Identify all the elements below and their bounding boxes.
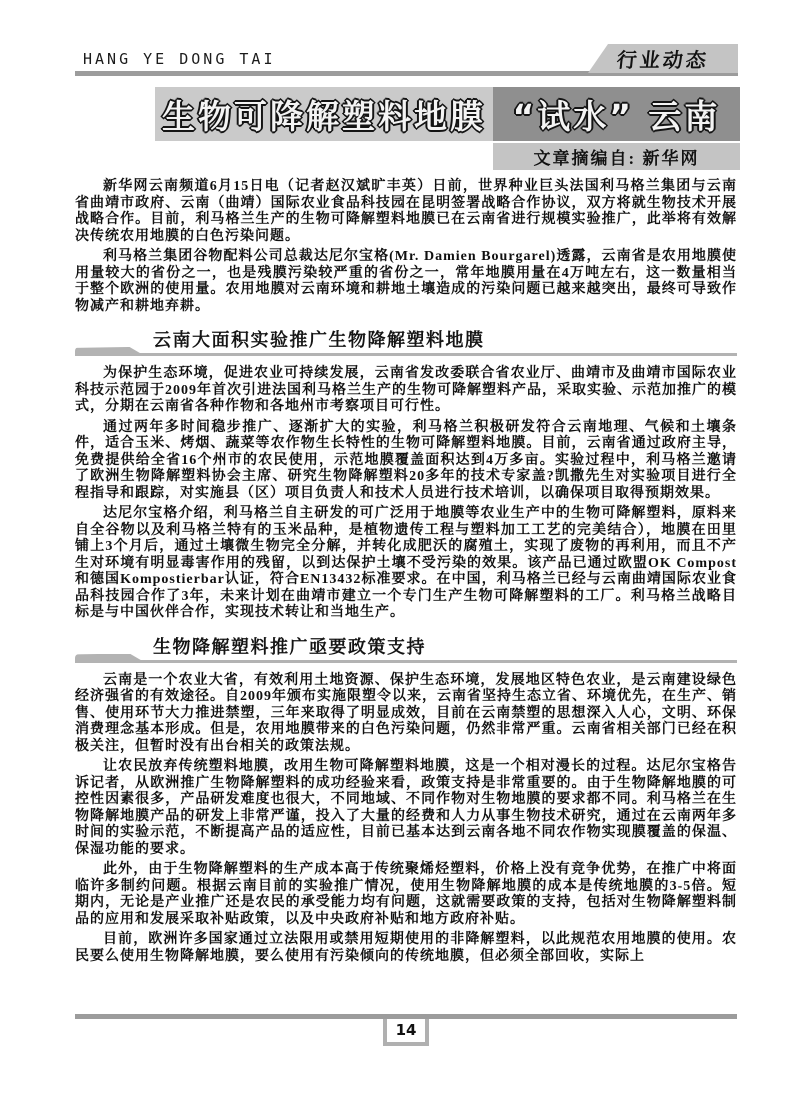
article-body: 新华网云南频道6月15日电（记者赵汉斌旷丰英）日前，世界种业巨头法国利马格兰集团… bbox=[75, 179, 737, 969]
page-number: 14 bbox=[387, 1019, 426, 1042]
section-heading-2: 生物降解塑料推广亟要政策支持 bbox=[75, 635, 737, 663]
masthead: HANG YE DONG TAI 行业动态 bbox=[75, 44, 738, 76]
paragraph: 利马格兰集团谷物配料公司总裁达尼尔宝格(Mr. Damien Bourgarel… bbox=[75, 249, 737, 315]
heading-decor-shape bbox=[75, 654, 145, 663]
page-footer: 14 bbox=[75, 1014, 737, 1046]
section-heading-2-text: 生物降解塑料推广亟要政策支持 bbox=[153, 633, 426, 659]
article-source: 文章摘编自: 新华网 bbox=[493, 143, 740, 170]
article-source-row: 文章摘编自: 新华网 bbox=[155, 143, 740, 170]
section-heading-1: 云南大面积实验推广生物降解塑料地膜 bbox=[75, 328, 737, 356]
page-number-frame: 14 bbox=[383, 1019, 430, 1046]
article-title-main: 生物可降解塑料地膜 bbox=[162, 91, 486, 138]
paragraph: 让农民放弃传统塑料地膜，改用生物可降解塑料地膜，这是一个相对漫长的过程。达尼尔宝… bbox=[75, 759, 737, 858]
article-title-block: 生物可降解塑料地膜 “试水” 云南 文章摘编自: 新华网 bbox=[155, 87, 740, 170]
paragraph: 通过两年多时间稳步推广、逐渐扩大的实验，利马格兰积极研发符合云南地理、气候和土壤… bbox=[75, 420, 737, 503]
paragraph: 此外，由于生物降解塑料的生产成本高于传统聚烯烃塑料，价格上没有竞争优势，在推广中… bbox=[75, 862, 737, 928]
article-title-main-banner: 生物可降解塑料地膜 bbox=[155, 87, 493, 141]
column-tab-label: 行业动态 bbox=[615, 44, 710, 73]
paragraph: 为保护生态环境，促进农业可持续发展，云南省发改委联合省农业厅、曲靖市及曲靖市国际… bbox=[75, 366, 737, 416]
paragraph: 目前，欧洲许多国家通过立法限用或禁用短期使用的非降解塑料，以此规范农用地膜的使用… bbox=[75, 932, 737, 965]
paragraph: 达尼尔宝格介绍，利马格兰自主研发的可广泛用于地膜等农业生产中的生物可降解塑料，原… bbox=[75, 506, 737, 622]
article-title-row: 生物可降解塑料地膜 “试水” 云南 bbox=[155, 87, 740, 141]
heading-decor-shape bbox=[75, 347, 145, 356]
article-title-highlight-banner: “试水” 云南 bbox=[493, 87, 740, 141]
magazine-page: HANG YE DONG TAI 行业动态 生物可降解塑料地膜 “试水” 云南 … bbox=[0, 0, 800, 1093]
paragraph: 云南是一个农业大省，有效利用土地资源、保护生态环境，发展地区特色农业，是云南建设… bbox=[75, 673, 737, 756]
section-heading-1-text: 云南大面积实验推广生物降解塑料地膜 bbox=[153, 326, 485, 352]
article-title-highlight: “试水” 云南 bbox=[513, 91, 721, 138]
column-tab: 行业动态 bbox=[588, 44, 738, 73]
masthead-pinyin: HANG YE DONG TAI bbox=[83, 50, 276, 68]
page-number-row: 14 bbox=[75, 1019, 737, 1046]
paragraph: 新华网云南频道6月15日电（记者赵汉斌旷丰英）日前，世界种业巨头法国利马格兰集团… bbox=[75, 179, 737, 245]
